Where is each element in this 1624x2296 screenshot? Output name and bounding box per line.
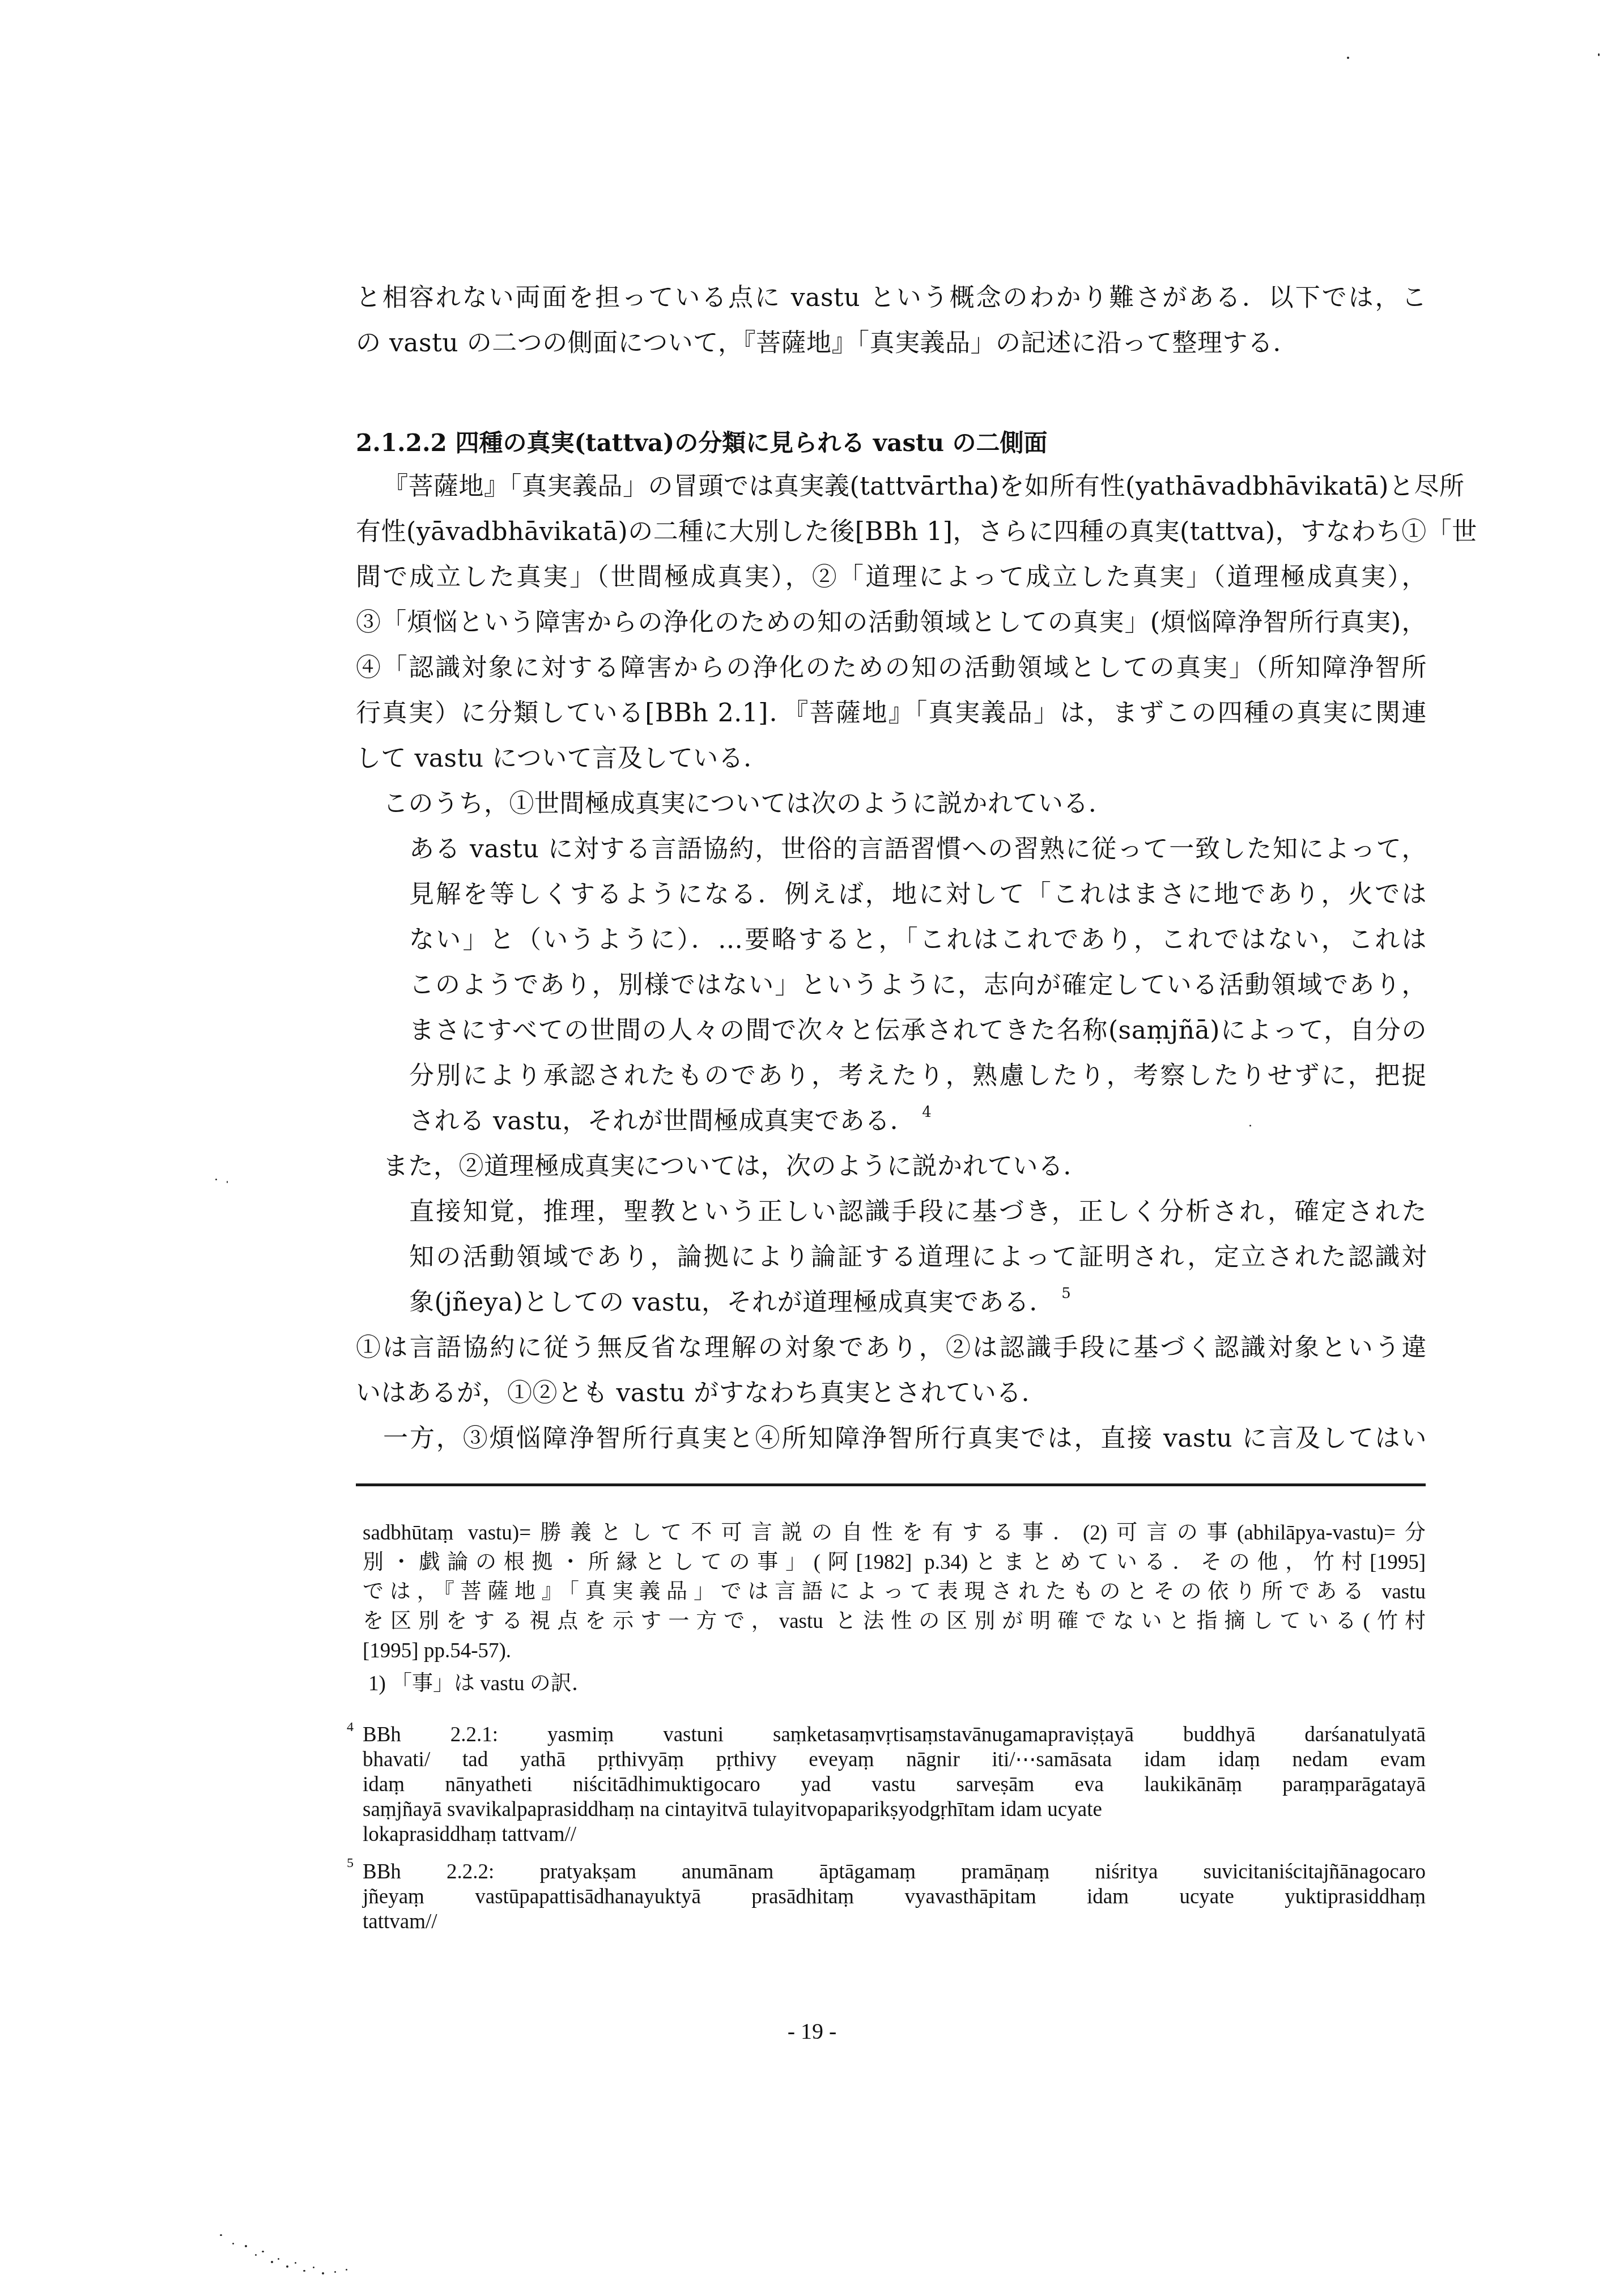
block-quote-line: 分別により承認されたものであり，考えたり，熟慮したり，考察したりせずに，把捉 xyxy=(409,1060,1427,1092)
footnote-4-line: bhavati/ tad yathā pṛthivyāṃ pṛthivy eve… xyxy=(363,1747,1426,1772)
footnote-separator xyxy=(356,1483,1426,1486)
footnote-mark-4: 4 xyxy=(347,1720,354,1734)
footnote-4-line: saṃjñayā svavikalpaprasiddhaṃ na cintayi… xyxy=(363,1797,1426,1822)
block-quote-text: される vastu，それが世間極成真実である． xyxy=(409,1107,915,1136)
body-text-line: 間で成立した真実」（世間極成真実），②「道理によって成立した真実」（道理極成真実… xyxy=(356,561,1427,594)
section-heading: 2.1.2.2 四種の真実(tattva)の分類に見られる vastu の二側面 xyxy=(356,427,1048,459)
page-number: - 19 - xyxy=(0,2017,1624,2046)
block-quote-line: まさにすべての世間の人々の間で次々と伝承されてきた名称(saṃjñā)によって，… xyxy=(409,1014,1427,1047)
block-quote-text: 象(jñeya)としての vastu，それが道理極成真実である． xyxy=(409,1288,1055,1317)
body-text-line: 一方，③煩悩障浄智所行真実と④所知障浄智所行真実では，直接 vastu に言及し… xyxy=(383,1422,1427,1455)
block-quote-line: このようであり，別様ではない」というように，志向が確定している活動領域であり， xyxy=(409,969,1427,1002)
block-quote-line: 見解を等しくするようになる．例えば，地に対して「これはまさに地であり，火では xyxy=(409,878,1427,911)
footnote-4-line: lokaprasiddhaṃ tattvam// xyxy=(363,1822,1426,1847)
footnote-line: では，『菩薩地』「真実義品」では言語によって表現されたものとその依り所である v… xyxy=(363,1580,1426,1605)
footnote-line: sadbhūtaṃ vastu)=勝義として不可言説の自性を有する事．(2)可言… xyxy=(363,1521,1426,1546)
block-quote-line: ある vastu に対する言語協約，世俗的言語習慣への習熟に従って一致した知によ… xyxy=(409,833,1427,866)
scanned-page: と相容れない両面を担っている点に vastu という概念のわかり難さがある．以下… xyxy=(0,0,1624,2296)
footnote-5-line: BBh 2.2.2: pratyakṣam anumānam āptāgamaṃ… xyxy=(363,1860,1426,1885)
block-quote-line: 象(jñeya)としての vastu，それが道理極成真実である．5 xyxy=(409,1286,1427,1319)
footnote-mark-5: 5 xyxy=(347,1856,354,1870)
footnote-ref-4[interactable]: 4 xyxy=(922,1104,932,1121)
footnote-5-line: jñeyaṃ vastūpapattisādhanayuktyā prasādh… xyxy=(363,1885,1426,1910)
body-text-line: ④「認識対象に対する障害からの浄化のための知の活動領域としての真実」（所知障浄智… xyxy=(356,652,1427,684)
block-quote-line: 直接知覚，推理，聖教という正しい認識手段に基づき，正しく分析され，確定された xyxy=(409,1196,1427,1228)
body-text-line: ③「煩悩という障害からの浄化のための知の活動領域としての真実」(煩悩障浄智所行真… xyxy=(356,606,1427,639)
body-text-line: いはあるが，①②とも vastu がすなわち真実とされている． xyxy=(356,1377,1427,1410)
body-text-line: の vastu の二つの側面について，『菩薩地』「真実義品」の記述に沿って整理す… xyxy=(356,327,1427,360)
body-text-line: と相容れない両面を担っている点に vastu という概念のわかり難さがある．以下… xyxy=(356,282,1427,314)
block-quote-line: 知の活動領域であり，論拠により論証する道理によって証明され，定立された認識対 xyxy=(409,1241,1427,1274)
block-quote-line: される vastu，それが世間極成真実である．4 xyxy=(409,1105,1427,1138)
footnote-ref-5[interactable]: 5 xyxy=(1061,1285,1071,1302)
footnote-subnote: 1) 「事」は vastu の訳． xyxy=(368,1672,593,1697)
footnote-4-line: idaṃ nānyatheti niścitādhimuktigocaro ya… xyxy=(363,1772,1426,1797)
body-text-line: また，②道理極成真実については，次のように説かれている． xyxy=(383,1150,1427,1183)
footnote-line: 別・戯論の根拠・所縁としての事」(阿[1982] p.34)とまとめている．その… xyxy=(363,1550,1426,1575)
body-text-line: ①は言語協約に従う無反省な理解の対象であり，②は認識手段に基づく認識対象という違 xyxy=(356,1332,1427,1364)
footnote-5-line: tattvam// xyxy=(363,1910,1426,1934)
body-text-line: 行真実）に分類している[BBh 2.1]．『菩薩地』「真実義品」は，まずこの四種… xyxy=(356,697,1427,730)
body-text-line: このうち，①世間極成真実については次のように説かれている． xyxy=(383,788,1427,820)
body-text-line: 有性(yāvadbhāvikatā)の二種に大別した後[BBh 1]，さらに四種… xyxy=(356,516,1427,549)
body-text-line: 『菩薩地』「真実義品」の冒頭では真実義(tattvārtha)を如所有性(yat… xyxy=(383,470,1427,503)
footnote-line: を区別をする視点を示す一方で，vastu と法性の区別が明確でないと指摘している… xyxy=(363,1609,1426,1634)
body-text-line: して vastu について言及している． xyxy=(356,742,1427,775)
block-quote-line: ない」と（いうように）．…要略すると，「これはこれであり，これではない，これは xyxy=(409,924,1427,956)
footnote-4-line: BBh 2.2.1: yasmiṃ vastuni saṃketasaṃvṛti… xyxy=(363,1723,1426,1747)
footnote-line: [1995] pp.54-57). xyxy=(363,1639,1426,1664)
